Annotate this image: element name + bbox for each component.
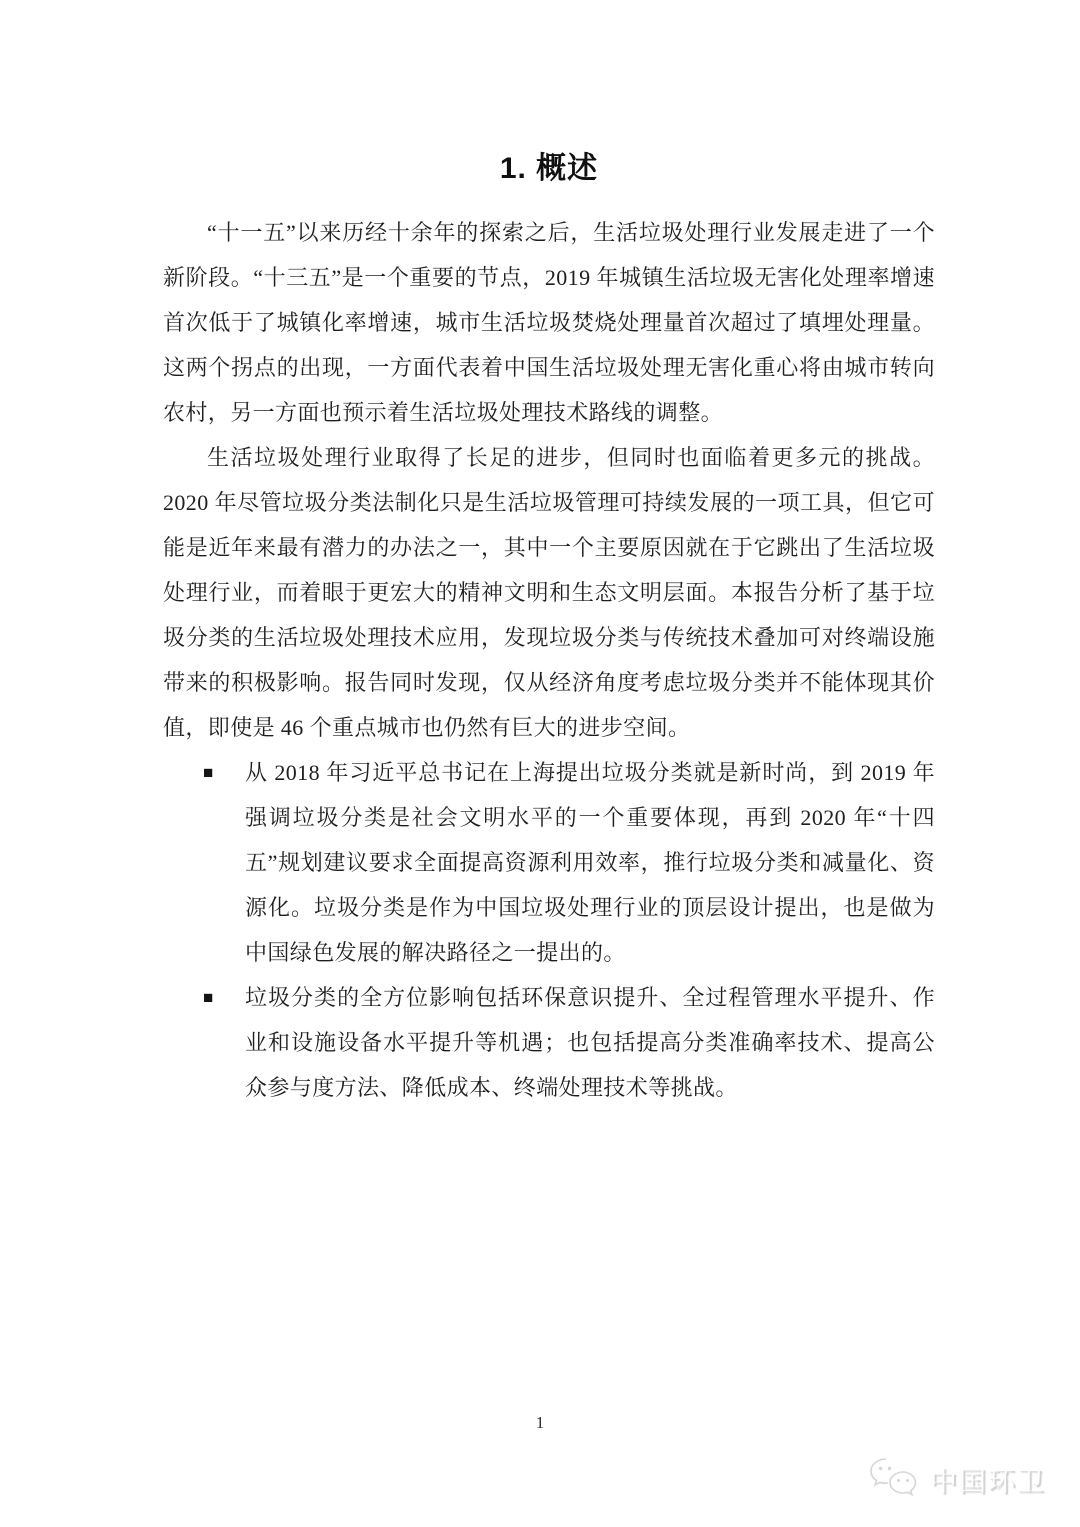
wechat-icon <box>868 1457 920 1501</box>
page-number: 1 <box>0 1413 1080 1433</box>
bullet-square-icon: ■ <box>203 750 245 795</box>
paragraph: “十一五”以来历经十余年的探索之后，生活垃圾处理行业发展走进了一个新阶段。“十三… <box>163 210 935 435</box>
watermark: 中国环卫 <box>868 1457 1046 1501</box>
page-title: 1. 概述 <box>163 152 935 186</box>
bullet-square-icon: ■ <box>203 975 245 1020</box>
bullet-text: 垃圾分类的全方位影响包括环保意识提升、全过程管理水平提升、作业和设施设备水平提升… <box>245 975 935 1110</box>
bullet-text: 从 2018 年习近平总书记在上海提出垃圾分类就是新时尚，到 2019 年强调垃… <box>245 750 935 975</box>
list-item: ■ 垃圾分类的全方位影响包括环保意识提升、全过程管理水平提升、作业和设施设备水平… <box>163 975 935 1110</box>
paragraph: 生活垃圾处理行业取得了长足的进步，但同时也面临着更多元的挑战。2020 年尽管垃… <box>163 435 935 750</box>
document-page: 1. 概述 “十一五”以来历经十余年的探索之后，生活垃圾处理行业发展走进了一个新… <box>0 0 1080 1527</box>
list-item: ■ 从 2018 年习近平总书记在上海提出垃圾分类就是新时尚，到 2019 年强… <box>163 750 935 975</box>
watermark-label: 中国环卫 <box>930 1460 1046 1499</box>
bullet-list: ■ 从 2018 年习近平总书记在上海提出垃圾分类就是新时尚，到 2019 年强… <box>163 750 935 1110</box>
document-content: 1. 概述 “十一五”以来历经十余年的探索之后，生活垃圾处理行业发展走进了一个新… <box>163 152 935 1110</box>
